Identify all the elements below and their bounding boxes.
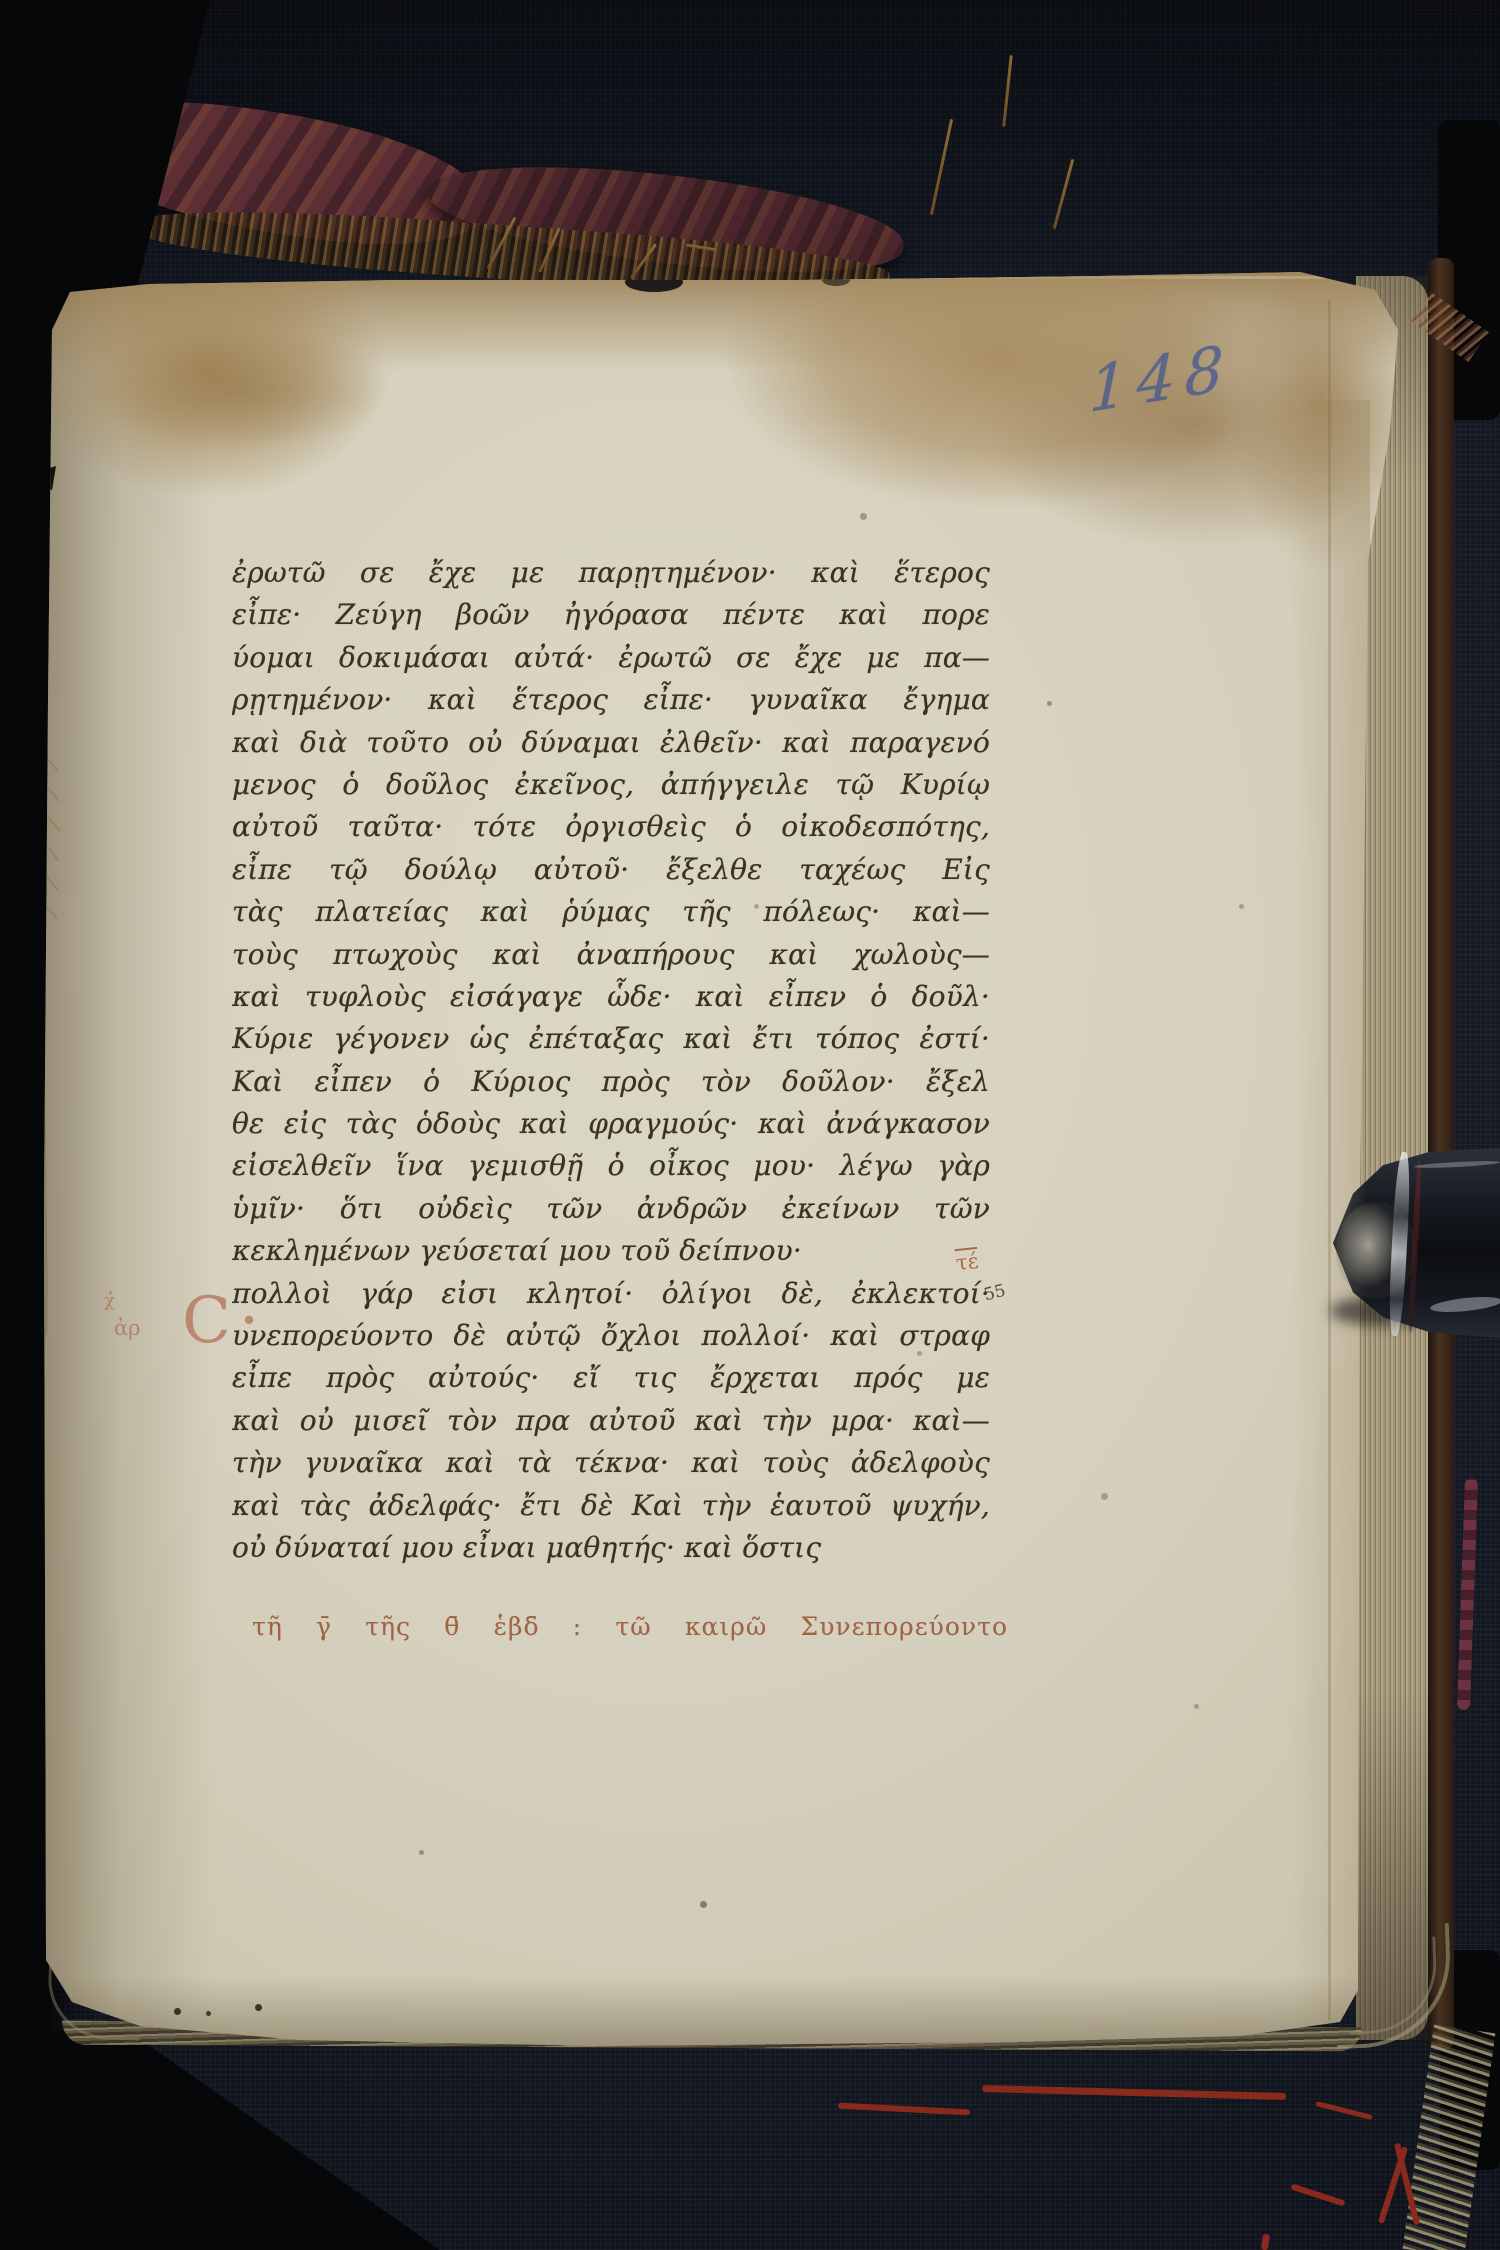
manuscript-line: τὴν γυναῖκα καὶ τὰ τέκνα· καὶ τοὺς ἀδελφ… xyxy=(232,1442,990,1484)
enlarged-initial: C· xyxy=(182,1284,267,1358)
manuscript-line: καὶ τυφλοὺς εἰσάγαγε ὧδε· καὶ εἶπεν ὁ δο… xyxy=(232,976,990,1018)
margin-scribble: 55 xyxy=(982,1281,1008,1306)
manuscript-line: καὶ διὰ τοῦτο οὐ δύναμαι ἐλθεῖν· καὶ παρ… xyxy=(232,722,990,764)
manuscript-line: ρῃτημένον· καὶ ἕτερος εἶπε· γυναῖκα ἔγημ… xyxy=(232,679,990,721)
vertical-crease xyxy=(1328,300,1331,2020)
manuscript-line: οὐ δύναταί μου εἶναι μαθητής· καὶ ὅστις xyxy=(232,1527,990,1569)
manuscript-line: εἰσελθεῖν ἵνα γεμισθῇ ὁ οἶκος μου· λέγω … xyxy=(232,1145,990,1187)
lectionary-rubric: τῆ γ̄ τῆς θ̄ ἑβδ̄ : τῶ καιρῶ Συνεπορεύον… xyxy=(252,1612,1008,1641)
manuscript-line: τοὺς πτωχοὺς καὶ ἀναπήρους καὶ χωλοὺς— xyxy=(232,934,990,976)
manuscript-line: τὰς πλατείας καὶ ῥύμας τῆς πόλεως· καὶ— xyxy=(232,891,990,933)
manuscript-line: κεκλημένων γεύσεταί μου τοῦ δείπνου· xyxy=(232,1230,990,1272)
manuscript-line: καὶ τὰς ἀδελφάς· ἔτι δὲ Καὶ τὴν ἑαυτοῦ ψ… xyxy=(232,1485,990,1527)
manuscript-line: πολλοὶ γάρ εἰσι κλητοί· ὀλίγοι δὲ, ἐκλεκ… xyxy=(232,1273,990,1315)
manuscript-line: καὶ οὐ μισεῖ τὸν πρα αὐτοῦ καὶ τὴν μρα· … xyxy=(232,1400,990,1442)
manuscript-line: εἶπε πρὸς αὐτούς· εἴ τις ἔρχεται πρός με xyxy=(232,1357,990,1399)
text-block: ἐρωτῶ σε ἔχε με παρῃτημένον· καὶ ἕτερος … xyxy=(232,552,990,1569)
lection-start-mark: χ̓ xyxy=(104,1290,115,1311)
manuscript-photo: 148 ἐρωτῶ σε ἔχε με παρῃτημένον· καὶ ἕτε… xyxy=(0,0,1500,2250)
manuscript-line: Κύριε γέγονεν ὡς ἐπέταξας καὶ ἔτι τόπος … xyxy=(232,1018,990,1060)
manuscript-line: Καὶ εἶπεν ὁ Κύριος πρὸς τὸν δοῦλον· ἔξελ xyxy=(232,1061,990,1103)
manuscript-line: εἶπε· Ζεύγη βοῶν ἠγόρασα πέντε καὶ πορε xyxy=(232,594,990,636)
parchment-page: 148 ἐρωτῶ σε ἔχε με παρῃτημένον· καὶ ἕτε… xyxy=(0,0,1500,2250)
manuscript-line: εἶπε τῷ δούλῳ αὐτοῦ· ἔξελθε ταχέως Εἰς xyxy=(232,849,990,891)
manuscript-line: θε εἰς τὰς ὁδοὺς καὶ φραγμούς· καὶ ἀνάγκ… xyxy=(232,1103,990,1145)
stain-top-left xyxy=(90,330,390,450)
manuscript-line: ἐρωτῶ σε ἔχε με παρῃτημένον· καὶ ἕτερος xyxy=(232,552,990,594)
manuscript-line: αὐτοῦ ταῦτα· τότε ὀργισθεὶς ὁ οἰκοδεσπότ… xyxy=(232,806,990,848)
manuscript-line: υνεπορεύοντο δὲ αὐτῷ ὄχλοι πολλοί· καὶ σ… xyxy=(232,1315,990,1357)
manuscript-line: μενος ὁ δοῦλος ἐκεῖνος, ἀπήγγειλε τῷ Κυρ… xyxy=(232,764,990,806)
lection-start-mark: ἀρ xyxy=(114,1316,141,1340)
manuscript-line: ὑμῖν· ὅτι οὐδεὶς τῶν ἀνδρῶν ἐκείνων τῶν xyxy=(232,1188,990,1230)
telos-mark: τέ xyxy=(955,1249,980,1275)
manuscript-line: ύομαι δοκιμάσαι αὐτά· ἐρωτῶ σε ἔχε με πα… xyxy=(232,637,990,679)
